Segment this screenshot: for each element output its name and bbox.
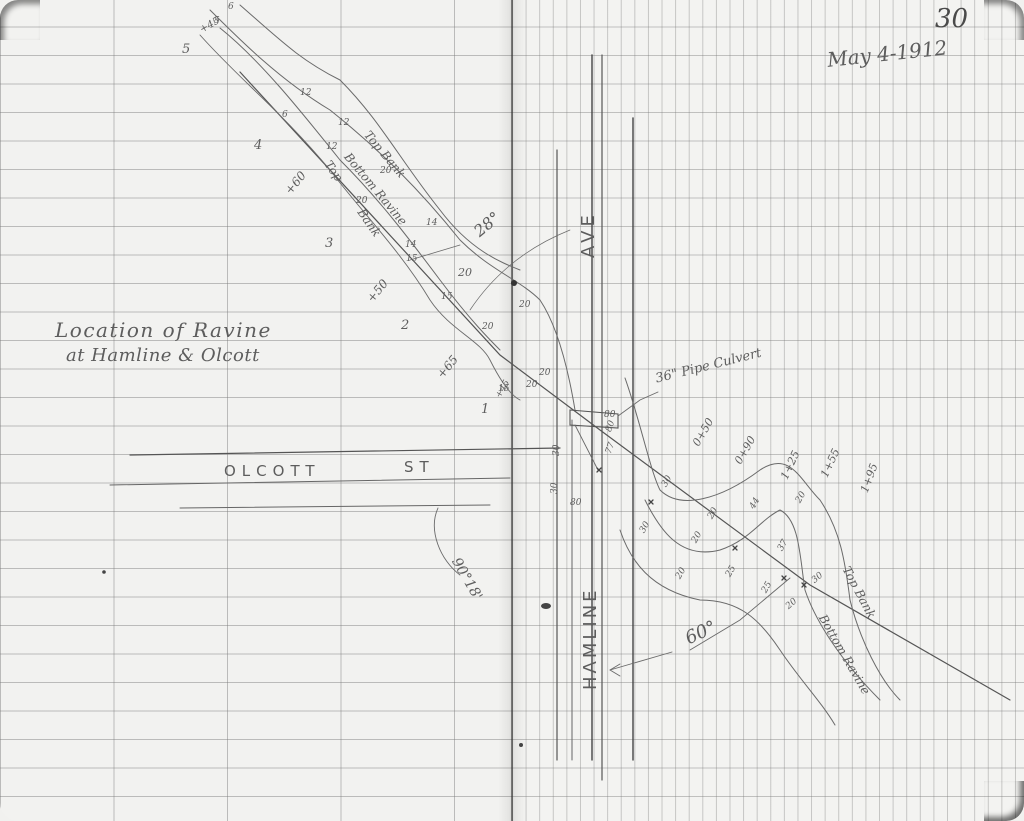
bottom-ravine-curve-upper [220,28,500,350]
cross-arrow [410,245,460,260]
elevation-value: 15 [406,254,417,264]
elevation-value: 14 [405,240,416,250]
elevation-value: 20 [356,196,367,206]
page-number: 30 [935,4,968,34]
culvert-value: 30 [550,483,560,494]
culvert-value: 30 [552,445,562,456]
elevation-value: 20 [380,166,391,176]
top-bank-curve-lower [625,378,900,700]
elevation-value: 20 [539,368,550,378]
elevation-value: 12 [338,118,349,128]
elevation-value: 20 [458,266,472,279]
station-number: 2 [401,318,409,333]
sketch-title-line-2: at Hamline & Olcott [66,345,260,366]
street-label-hamline: HAMLINE [580,587,601,690]
street-label-st: ST [404,458,435,476]
culvert-value: 80 [604,410,615,420]
ink-smudge [541,603,551,609]
station-number: 1 [481,402,489,417]
notebook-spread: 30 May 4-1912 Location of Ravine at Haml… [0,0,1024,821]
street-label-olcott: OLCOTT [224,462,321,480]
elevation-value: 14 [426,218,437,228]
ink-smudge [511,280,517,286]
ink-dot [102,570,106,574]
elevation-value: 20 [526,380,537,390]
station-number: 3 [325,236,333,251]
station-number: 4 [254,138,262,153]
sketch-title-line-1: Location of Ravine [55,318,272,342]
elevation-value: 15 [441,292,452,302]
olcott-line-1 [130,448,560,455]
culvert-value: 80 [570,498,581,508]
culvert-leader-line [618,392,658,416]
station-number: 5 [182,42,190,57]
olcott-line-3 [180,505,490,508]
survey-points [597,468,806,587]
street-label-ave: AVE [578,211,599,258]
elevation-value: 12 [326,142,337,152]
culvert-to-point-line [575,425,598,470]
elevation-value: 15 [498,384,509,394]
elevation-value: 6 [282,110,288,120]
ravine-sketch [0,0,1024,821]
elevation-value: 20 [482,322,493,332]
elevation-value: 20 [519,300,530,310]
elevation-value: 12 [300,88,311,98]
elevation-value: 5 [214,16,220,26]
ink-dot [519,743,523,747]
elevation-value: 6 [228,2,234,12]
